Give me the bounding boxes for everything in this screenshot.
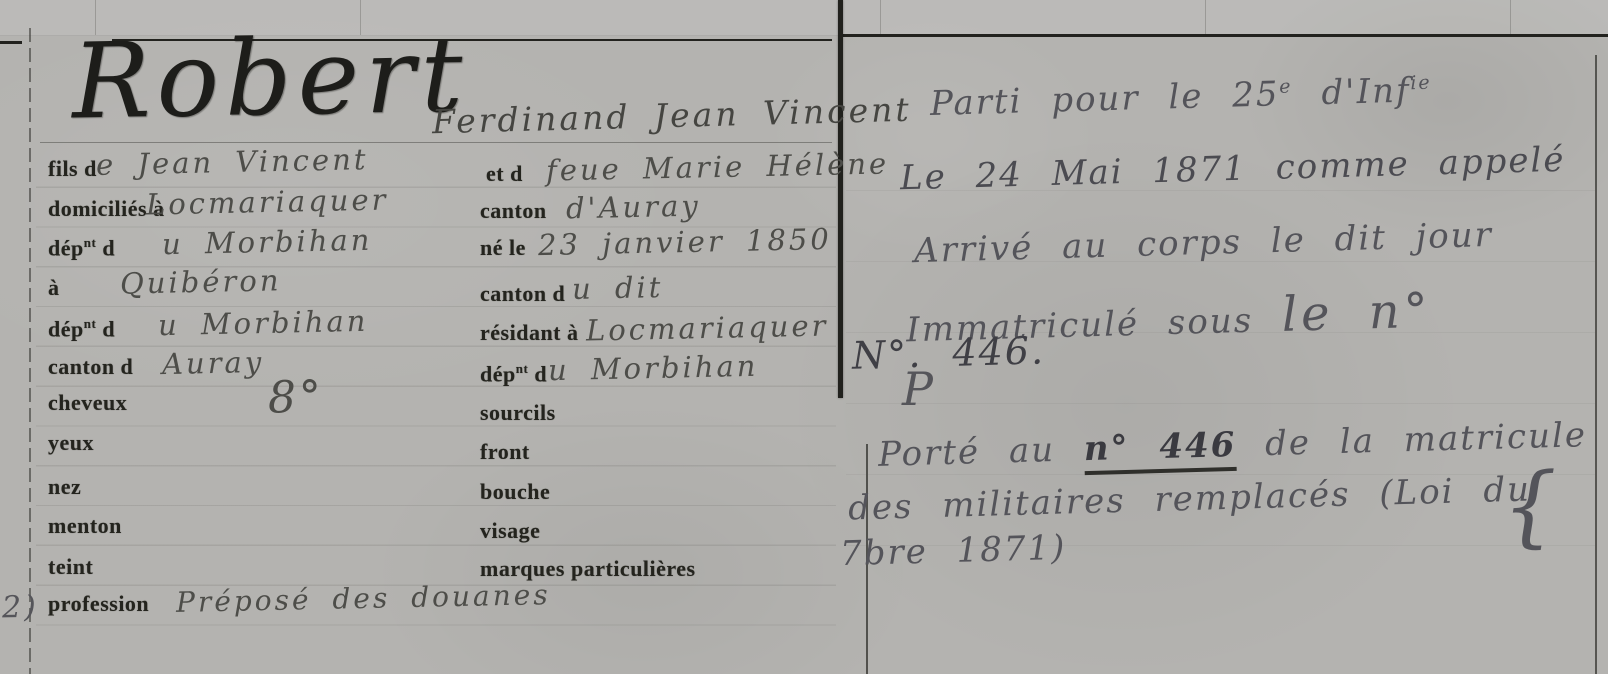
grid-tick [1510, 0, 1511, 35]
field-label-teint: teint [48, 556, 93, 578]
name-baseline [40, 142, 832, 143]
left-margin-rule [29, 28, 31, 674]
field-label-cheveux: cheveux [48, 392, 127, 414]
header-rule-right [843, 34, 1608, 37]
grid-tick [880, 0, 881, 35]
field-value-canton: d'Auray [566, 192, 701, 224]
center-divider-rule [838, 0, 843, 398]
row-guides-left [36, 148, 836, 640]
surname-field: Robert [71, 23, 469, 134]
field-label-nez: nez [48, 476, 81, 498]
grid-tick [1205, 0, 1206, 35]
note-line-porte: Porté au n° 446 de la matricule [878, 418, 1588, 472]
field-label-sourcils: sourcils [480, 402, 556, 424]
field-label-menton: menton [48, 515, 122, 537]
field-value-profession: Préposé des douanes [176, 581, 551, 617]
field-value-fils-d: e Jean Vincent [96, 145, 369, 180]
field-label-marques-particulieres: marques particulières [480, 558, 696, 580]
field-value-a: Quibéron [120, 266, 282, 298]
field-label-yeux: yeux [48, 432, 94, 454]
margin-note: 2) [2, 593, 39, 624]
note-line-militaires: des militaires remplacés (Loi du [848, 472, 1532, 525]
field-label-bouche: bouche [480, 481, 550, 503]
field-value-canton-d: Auray [162, 348, 265, 379]
field-value-et-d: feue Marie Hélène [546, 149, 890, 185]
note-number-446: N°. 446. [852, 331, 1046, 374]
field-value-ne-le: 23 janvier 1850 [538, 225, 832, 260]
left-edge-dash [0, 41, 22, 44]
field-label-dept-d-3: dépnt d [480, 362, 547, 385]
field-value-canton-d-2: u dit [572, 273, 664, 304]
field-label-front: front [480, 441, 530, 463]
pen-flourish: P [902, 366, 933, 412]
field-label-fils-d: fils d [48, 158, 97, 180]
field-label-canton-d-2: canton d [480, 283, 565, 305]
field-label-ne-le: né le [480, 237, 526, 259]
note-line-year: 7bre 1871) [840, 531, 1067, 571]
field-label-canton: canton [480, 200, 547, 222]
note-line-arrival: Arrivé au corps le dit jour [914, 218, 1494, 268]
right-edge-rule [1595, 55, 1597, 674]
field-label-dept-d-2: dépnt d [48, 317, 115, 340]
field-label-residant-a: résidant à [480, 322, 579, 344]
field-value-residant-a: Locmariaquer [586, 311, 829, 345]
brace-glyph: { [1500, 461, 1559, 551]
note-line-departure: Parti pour le 25e d'Infie [930, 73, 1433, 121]
field-value-dept-3: u Morbihan [548, 352, 759, 385]
field-label-dept-d-1: dépnt d [48, 236, 115, 259]
field-label-profession: profession [48, 593, 149, 615]
field-value-dept-1: u Morbihan [162, 226, 373, 259]
field-value-dept-2: u Morbihan [158, 307, 369, 340]
field-label-et-d: et d [486, 163, 523, 185]
field-value-cheveux: 8° [268, 375, 325, 420]
register-page: Robert Ferdinand Jean Vincent fils d dom… [0, 0, 1608, 674]
field-value-domicilies-a: Locmariaquer [146, 185, 389, 219]
field-label-a: à [48, 277, 60, 299]
note-line-date: Le 24 Mai 1871 comme appelé [900, 143, 1566, 196]
field-label-visage: visage [480, 520, 540, 542]
field-label-canton-d: canton d [48, 356, 133, 378]
